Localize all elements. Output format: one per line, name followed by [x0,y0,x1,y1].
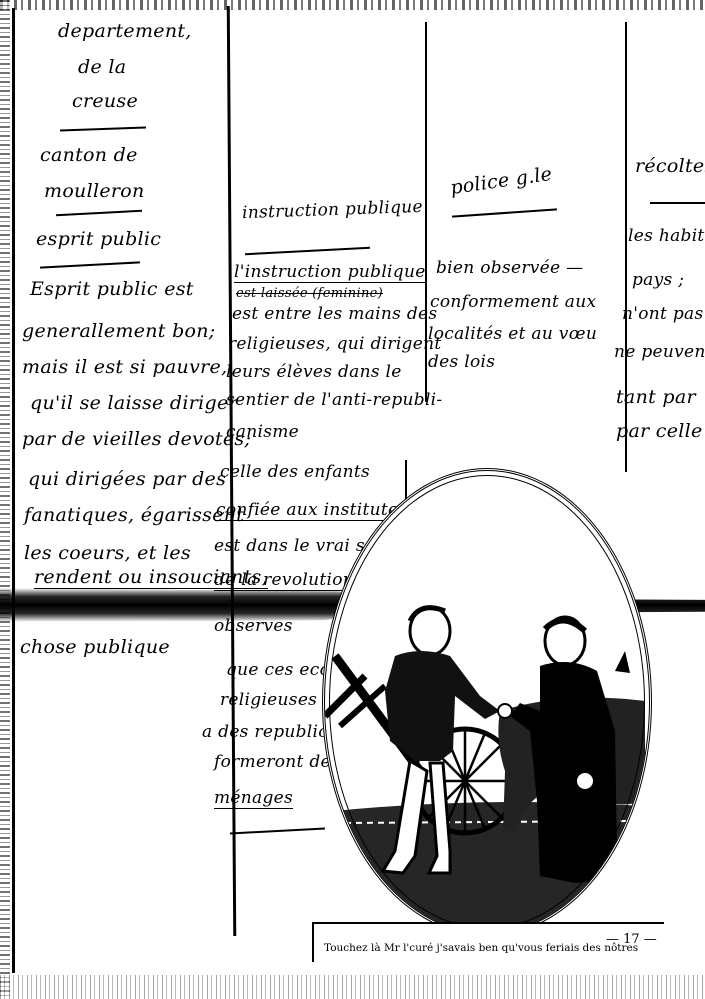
scan-left-edge [0,0,10,999]
body-line: par de vieilles devotes; [22,428,251,450]
subheader-line: canton de [40,144,138,166]
scan-top-edge [0,0,705,10]
body-line: est entre les mains des [232,304,437,324]
header-line: creuse [72,90,138,112]
engraving-frame [329,475,645,929]
body-line: n'ont pas [622,304,703,324]
section-title: instruction publique [242,197,423,223]
divider [56,210,142,216]
body-line: canisme [226,422,299,442]
body-line: formeront de [214,752,331,772]
section-title: esprit public [36,228,161,250]
body-line: de la revolution [214,570,354,591]
header-line: departement, [58,20,192,42]
body-line: tant par [616,386,696,408]
body-line: Esprit public est [30,278,194,300]
body-line: generallement bon; [22,320,216,342]
section-title: police g.le [449,163,554,199]
divider [60,126,146,131]
document-page: departement, de la creuse canton de moul… [0,0,705,999]
section-title: récoltes [635,155,705,177]
body-line: qu'il se laisse diriger [30,392,238,414]
body-line: chose publique [20,636,170,658]
engraving-oval [322,468,652,936]
body-line: conformement aux [430,292,596,312]
subheader-line: moulleron [44,180,145,202]
body-line: ménages [214,788,293,809]
header-line: de la [78,56,126,78]
body-line: qui dirigées par des [28,468,226,490]
body-line: les habitants [628,226,705,246]
body-line: fanatiques, égarissent [24,504,244,526]
body-line: les coeurs, et les [24,542,191,564]
body-line: par celle [616,420,703,442]
column-rule-left [12,8,15,973]
divider [650,202,705,204]
body-line: celle des enfants [220,462,370,482]
body-line: leurs élèves dans le [226,362,402,382]
body-line: ne peuvent [614,342,705,362]
scan-bottom-edge [0,975,705,999]
body-line: religieuses [220,690,317,710]
divider [452,208,557,217]
body-line: bien observée — [436,258,583,278]
body-line: localités et au vœu [428,324,597,344]
body-line: pays ; [632,270,684,290]
body-line: l'instruction publique [234,262,426,283]
body-line: des lois [428,352,495,372]
engraving-caption: Touchez là Mr l'curé j'savais ben qu'vou… [324,942,638,954]
divider [245,247,370,255]
divider [40,261,140,268]
body-line: sentier de l'anti-republi- [226,390,442,410]
body-line: mais il est si pauvre, [22,356,227,378]
body-line: religieuses, qui dirigent [228,334,441,354]
divider [230,828,325,834]
body-line-struck: est laissée (feminine) [236,286,383,301]
